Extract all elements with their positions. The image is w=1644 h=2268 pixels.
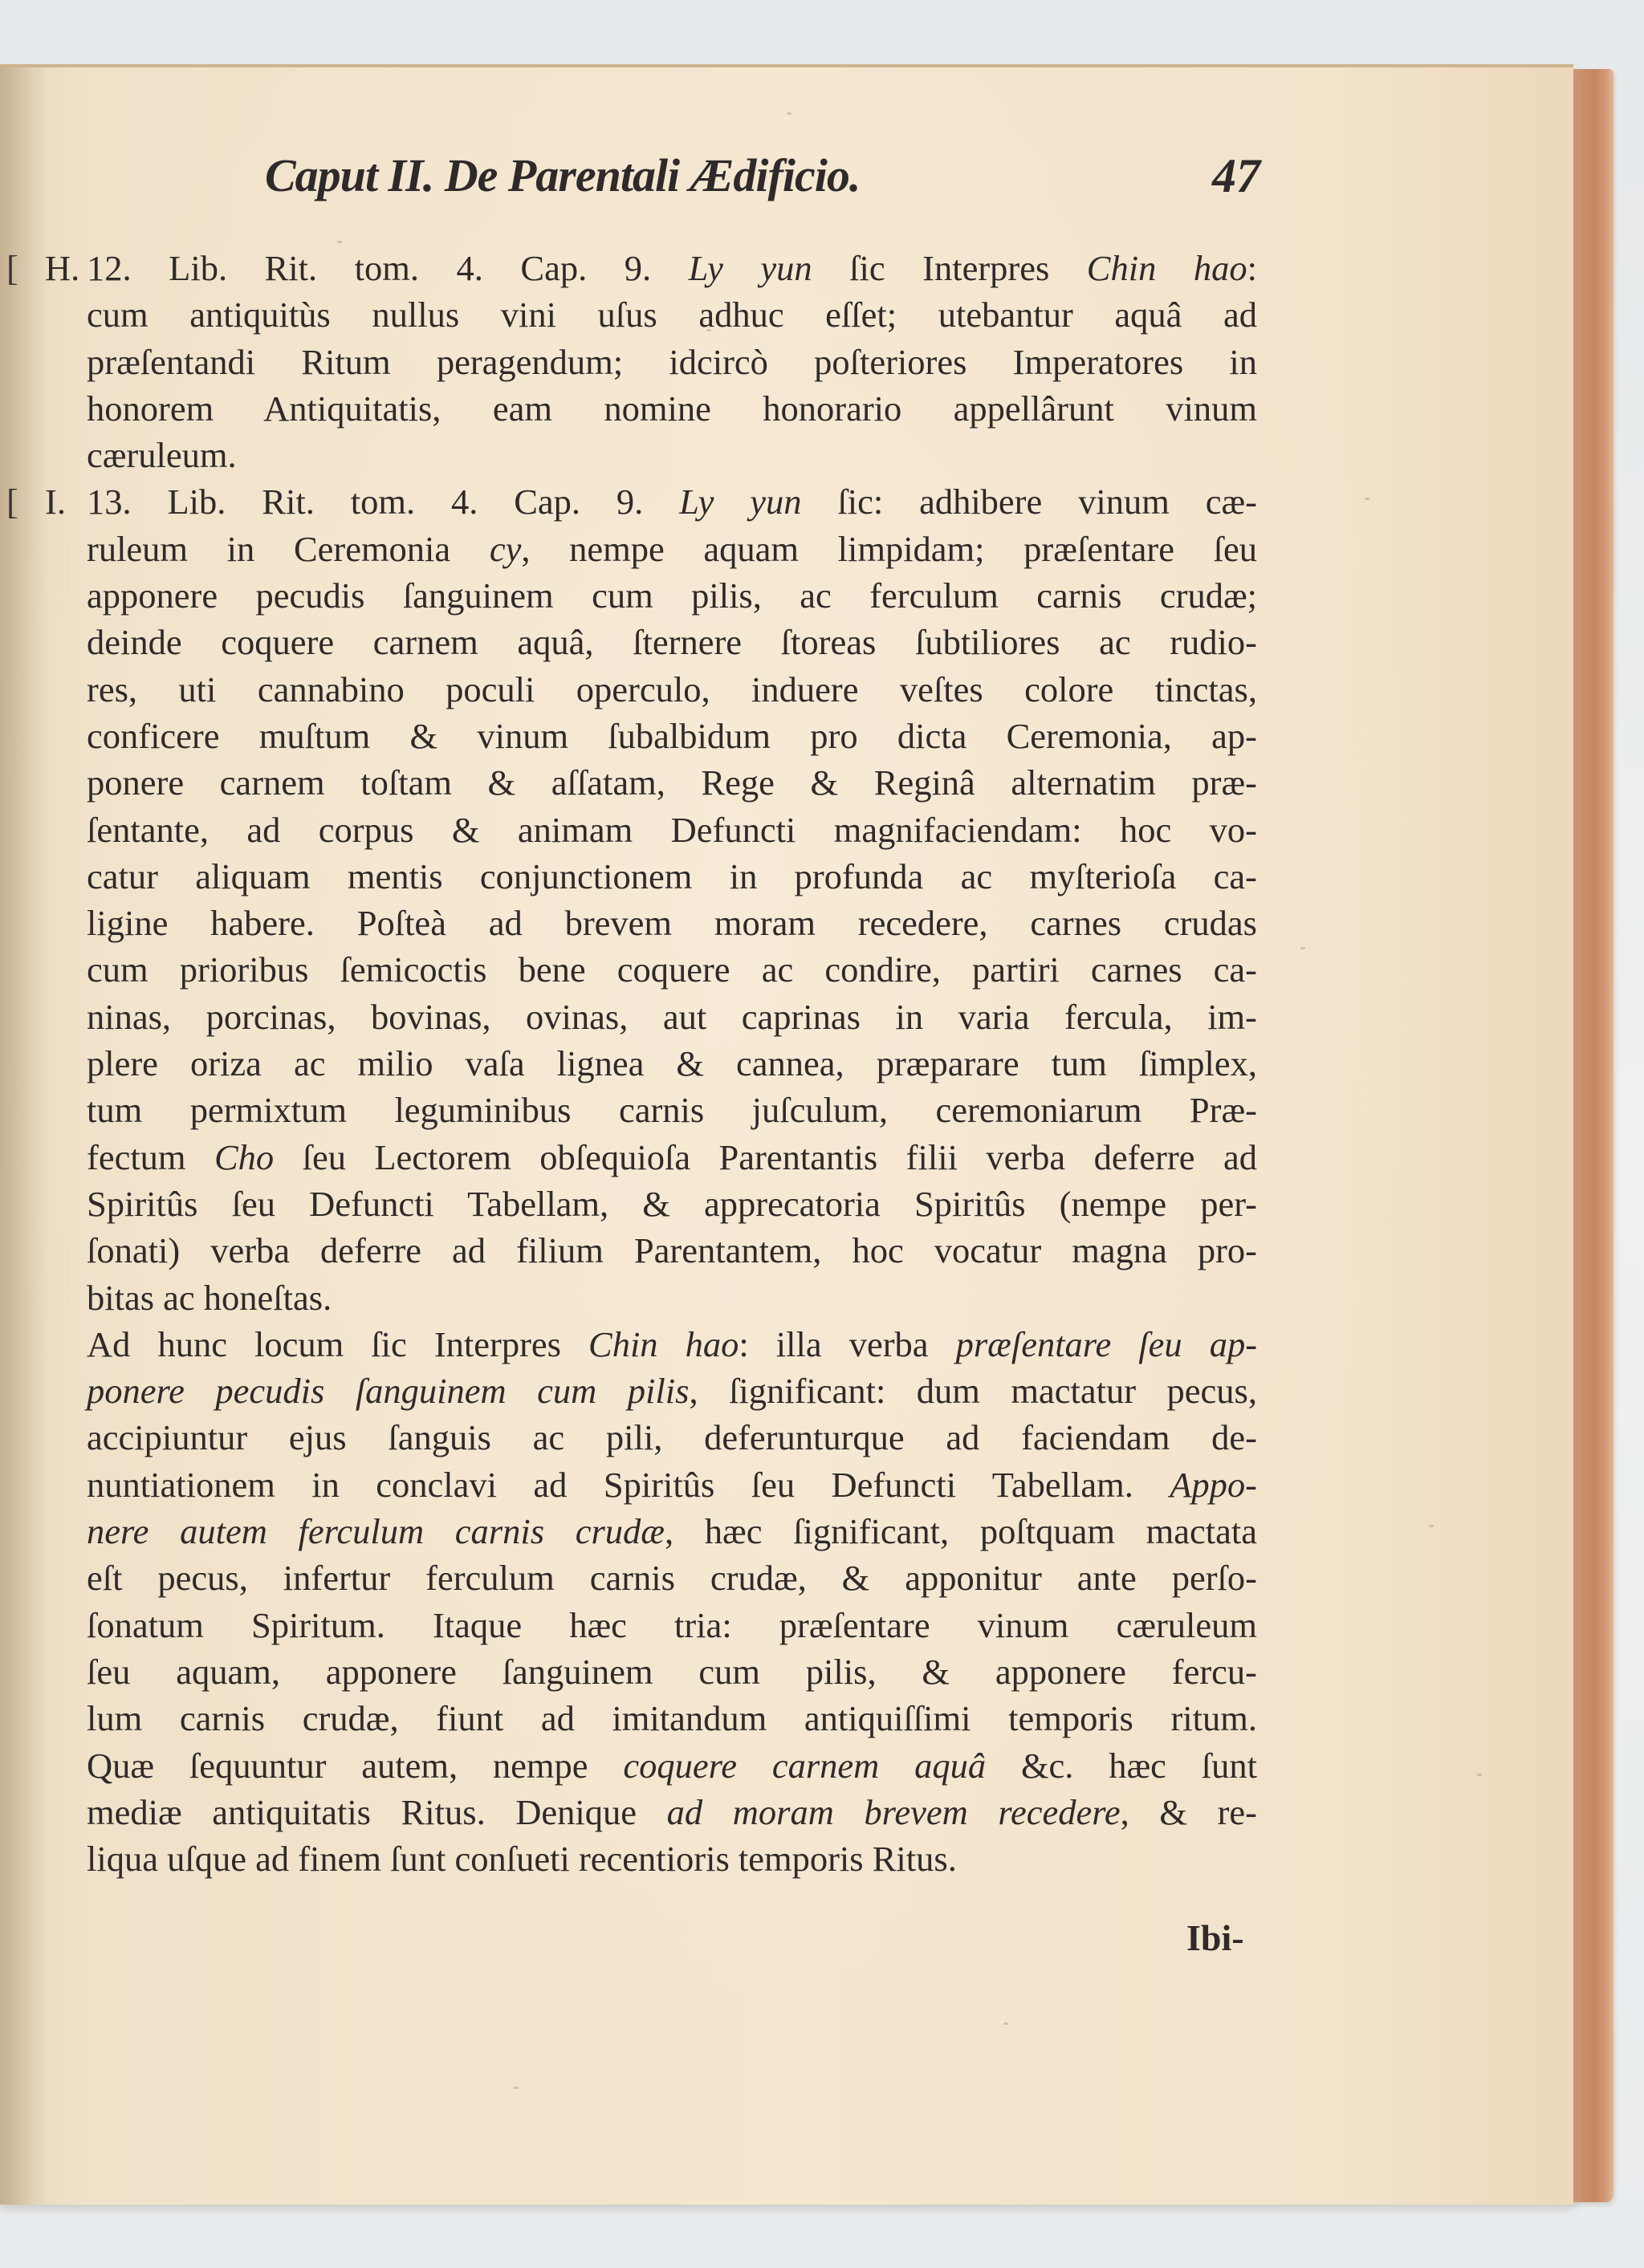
roman-text: , ſignificant: dum mactatur pecus, <box>689 1371 1257 1411</box>
text-line: ponere pecudis ſanguinem cum pilis, ſign… <box>87 1368 1257 1414</box>
italic-text: Chin hao <box>588 1324 739 1364</box>
roman-text: conficere muſtum & vinum ſubalbidum pro … <box>87 716 1257 756</box>
roman-text: , hæc ſignificant, poſtquam mactata <box>665 1511 1257 1551</box>
paper-speck <box>514 2087 519 2089</box>
text-line: catur aliquam mentis conjunctionem in pr… <box>87 853 1257 900</box>
paper-speck <box>1429 1525 1434 1527</box>
roman-text: ſonati) verba deferre ad filium Parentan… <box>87 1230 1257 1270</box>
catchword: Ibi- <box>1186 1916 1244 1959</box>
text-line: Spiritûs ſeu Defuncti Tabellam, & apprec… <box>87 1181 1257 1227</box>
roman-text: ſeu Lectorem obſequioſa Parentantis fili… <box>274 1137 1257 1177</box>
italic-text: nere autem ferculum carnis crudæ <box>87 1511 665 1551</box>
italic-text: præſentare ſeu ap- <box>956 1324 1257 1364</box>
roman-text: ſentante, ad corpus & animam Defuncti ma… <box>87 810 1257 850</box>
roman-text: ſic: adhibere vinum cæ- <box>801 482 1257 522</box>
text-line: cum antiquitùs nullus vini uſus adhuc eſ… <box>87 291 1257 338</box>
text-line: mediæ antiquitatis Ritus. Denique ad mor… <box>87 1789 1257 1835</box>
italic-text: Appo- <box>1170 1465 1257 1505</box>
roman-text: , & re- <box>1121 1792 1257 1832</box>
text-line: bitas ac honeſtas. <box>87 1274 1257 1321</box>
paper-speck <box>1477 1774 1482 1776</box>
text-line: tum permixtum leguminibus carnis juſculu… <box>87 1087 1257 1133</box>
text-line: conficere muſtum & vinum ſubalbidum pro … <box>87 713 1257 759</box>
roman-text: nuntiationem in conclavi ad Spiritûs ſeu… <box>87 1465 1170 1505</box>
roman-text: Spiritûs ſeu Defuncti Tabellam, & apprec… <box>87 1184 1257 1224</box>
text-line: ſonati) verba deferre ad filium Parentan… <box>87 1227 1257 1274</box>
book-fore-edge <box>1567 69 1613 2202</box>
roman-text: lum carnis crudæ, fiunt ad imitandum ant… <box>87 1698 1257 1738</box>
roman-text: liqua uſque ad finem ſunt conſueti recen… <box>87 1839 957 1879</box>
text-line: ninas, porcinas, bovinas, ovinas, aut ca… <box>87 994 1257 1040</box>
text-line: honorem Antiquitatis, eam nomine honorar… <box>87 385 1257 432</box>
text-line: nere autem ferculum carnis crudæ, hæc ſi… <box>87 1508 1257 1555</box>
text-line: ponere carnem toſtam & aſſatam, Rege & R… <box>87 759 1257 806</box>
roman-text: ponere carnem toſtam & aſſatam, Rege & R… <box>87 762 1257 803</box>
text-line: plere oriza ac milio vaſa lignea & canne… <box>87 1040 1257 1087</box>
roman-text: Quæ ſequuntur autem, nempe <box>87 1746 623 1786</box>
text-line: res, uti cannabino poculi operculo, indu… <box>87 666 1257 713</box>
paper-speck <box>1003 2022 1008 2025</box>
italic-text: Chin hao <box>1087 248 1247 288</box>
italic-text: Cho <box>214 1137 274 1177</box>
roman-text: ligine habere. Poſteà ad brevem moram re… <box>87 903 1257 943</box>
text-line: apponere pecudis ſanguinem cum pilis, ac… <box>87 572 1257 619</box>
roman-text: : <box>1247 248 1257 288</box>
text-line: [I.13. Lib. Rit. tom. 4. Cap. 9. Ly yun … <box>87 478 1257 525</box>
footnote-i: [I.13. Lib. Rit. tom. 4. Cap. 9. Ly yun … <box>87 478 1257 1320</box>
roman-text: plere oriza ac milio vaſa lignea & canne… <box>87 1043 1257 1083</box>
text-line: ſentante, ad corpus & animam Defuncti ma… <box>87 807 1257 853</box>
note-marker: H. <box>45 245 79 291</box>
text-line: accipiuntur ejus ſanguis ac pili, deferu… <box>87 1414 1257 1461</box>
roman-text: catur aliquam mentis conjunctionem in pr… <box>87 856 1257 896</box>
paper-speck <box>1300 947 1305 949</box>
italic-text: coquere carnem aquâ <box>623 1746 986 1786</box>
roman-text: eſt pecus, infertur ferculum carnis crud… <box>87 1558 1257 1598</box>
page-header: Caput II. De Parentali Ædificio. 47 <box>265 148 1260 213</box>
gutter-shadow <box>0 66 48 2205</box>
roman-text: apponere pecudis ſanguinem cum pilis, ac… <box>87 575 1257 616</box>
gutter-bracket: [ <box>6 245 18 291</box>
text-line: ligine habere. Poſteà ad brevem moram re… <box>87 900 1257 946</box>
roman-text: ſic Interpres <box>812 248 1087 288</box>
roman-text: cæruleum. <box>87 435 237 475</box>
roman-text: , nempe aquam limpidam; præſentare ſeu <box>521 529 1257 569</box>
roman-text: fectum <box>87 1137 214 1177</box>
text-line: Quæ ſequuntur autem, nempe coquere carne… <box>87 1742 1257 1789</box>
roman-text: præſentandi Ritum peragendum; idcircò po… <box>87 342 1257 382</box>
paper-speck <box>1365 498 1369 500</box>
roman-text: 12. Lib. Rit. tom. 4. Cap. 9. <box>87 248 689 288</box>
footnote-h: [H.12. Lib. Rit. tom. 4. Cap. 9. Ly yun … <box>87 245 1257 478</box>
italic-text: ponere pecudis ſanguinem cum pilis <box>87 1371 689 1411</box>
gutter-bracket: [ <box>6 478 18 525</box>
roman-text: accipiuntur ejus ſanguis ac pili, deferu… <box>87 1417 1257 1457</box>
roman-text: res, uti cannabino poculi operculo, indu… <box>87 669 1257 709</box>
text-line: [H.12. Lib. Rit. tom. 4. Cap. 9. Ly yun … <box>87 245 1257 291</box>
text-line: fectum Cho ſeu Lectorem obſequioſa Paren… <box>87 1134 1257 1181</box>
roman-text: ninas, porcinas, bovinas, ovinas, aut ca… <box>87 997 1257 1037</box>
text-line: præſentandi Ritum peragendum; idcircò po… <box>87 339 1257 385</box>
paper-speck <box>241 1204 246 1206</box>
roman-text: honorem Antiquitatis, eam nomine honorar… <box>87 388 1257 429</box>
italic-text: cy <box>490 529 522 569</box>
roman-text: ſeu aquam, apponere ſanguinem cum pilis,… <box>87 1652 1257 1692</box>
roman-text: &c. hæc ſunt <box>986 1746 1257 1786</box>
roman-text: cum prioribus ſemicoctis bene coquere ac… <box>87 949 1257 990</box>
roman-text: cum antiquitùs nullus vini uſus adhuc eſ… <box>87 295 1257 335</box>
roman-text: mediæ antiquitatis Ritus. Denique <box>87 1792 667 1832</box>
text-line: cæruleum. <box>87 432 1257 478</box>
text-line: eſt pecus, infertur ferculum carnis crud… <box>87 1555 1257 1601</box>
roman-text: Ad hunc locum ſic Interpres <box>87 1324 588 1364</box>
text-line: ſeu aquam, apponere ſanguinem cum pilis,… <box>87 1648 1257 1695</box>
text-line: ſonatum Spiritum. Itaque hæc tria: præſe… <box>87 1602 1257 1648</box>
page-number: 47 <box>1212 148 1260 204</box>
paper-speck <box>337 241 342 243</box>
text-line: ruleum in Ceremonia cy, nempe aquam limp… <box>87 526 1257 572</box>
roman-text: : illa verba <box>739 1324 955 1364</box>
paper-speck <box>787 112 791 115</box>
roman-text: 13. Lib. Rit. tom. 4. Cap. 9. <box>87 482 679 522</box>
note-marker: I. <box>45 478 66 525</box>
text-line: lum carnis crudæ, fiunt ad imitandum ant… <box>87 1695 1257 1742</box>
text-line: cum prioribus ſemicoctis bene coquere ac… <box>87 946 1257 993</box>
roman-text: deinde coquere carnem aquâ, ſternere ſto… <box>87 622 1257 662</box>
roman-text: ſonatum Spiritum. Itaque hæc tria: præſe… <box>87 1605 1257 1645</box>
paper-speck <box>706 329 711 331</box>
page-top-edge <box>0 64 1573 67</box>
italic-text: ad moram brevem recedere <box>667 1792 1121 1832</box>
text-line: Ad hunc locum ſic Interpres Chin hao: il… <box>87 1321 1257 1368</box>
text-line: nuntiationem in conclavi ad Spiritûs ſeu… <box>87 1461 1257 1508</box>
italic-text: Ly yun <box>679 482 801 522</box>
text-line: liqua uſque ad finem ſunt conſueti recen… <box>87 1835 1257 1882</box>
body-text: [H.12. Lib. Rit. tom. 4. Cap. 9. Ly yun … <box>87 245 1257 1882</box>
italic-text: Ly yun <box>689 248 812 288</box>
roman-text: tum permixtum leguminibus carnis juſculu… <box>87 1090 1257 1130</box>
running-head: Caput II. De Parentali Ædificio. <box>265 148 860 202</box>
roman-text: bitas ac honeſtas. <box>87 1278 332 1318</box>
roman-text: ruleum in Ceremonia <box>87 529 490 569</box>
commentary-paragraph: Ad hunc locum ſic Interpres Chin hao: il… <box>87 1321 1257 1883</box>
text-line: deinde coquere carnem aquâ, ſternere ſto… <box>87 619 1257 665</box>
